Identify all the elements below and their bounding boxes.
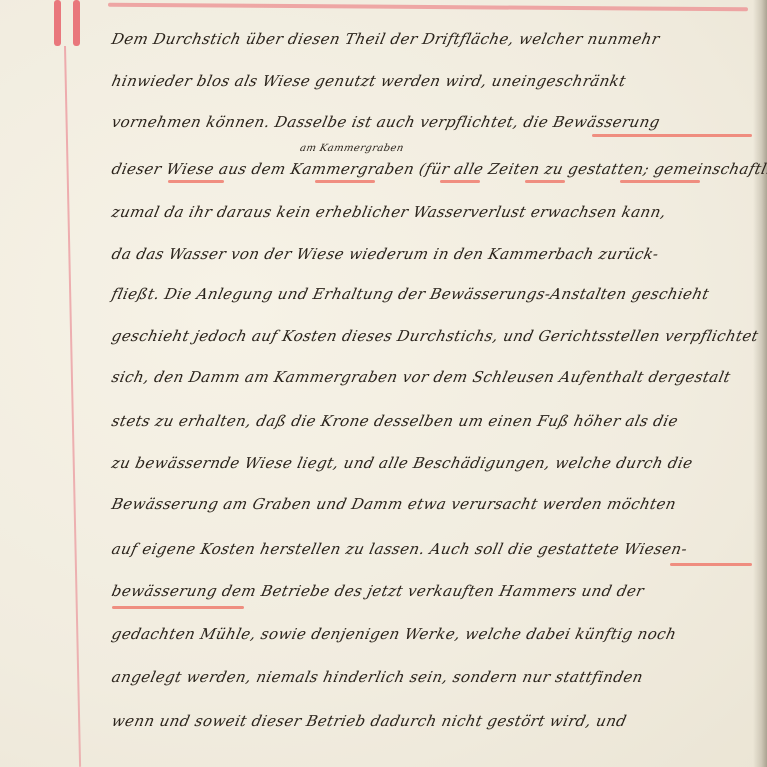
text-line-4: dieser Wiese aus dem Kammergraben (für a… xyxy=(110,160,767,178)
text-line-11: zu bewässernde Wiese liegt, und alle Bes… xyxy=(110,454,694,472)
red-margin-mark-left xyxy=(54,0,61,46)
red-underline xyxy=(168,180,224,183)
red-underline xyxy=(592,134,752,137)
text-line-15: gedachten Mühle, sowie denjenigen Werke,… xyxy=(110,625,678,643)
red-underline xyxy=(525,180,565,183)
red-underline xyxy=(620,180,700,183)
red-underline xyxy=(670,563,752,566)
text-line-6: da das Wasser von der Wiese wiederum in … xyxy=(110,245,660,263)
text-line-14: bewässerung dem Betriebe des jetzt verka… xyxy=(110,582,646,600)
red-underline xyxy=(112,606,244,609)
text-line-9: sich, den Damm am Kammergraben vor dem S… xyxy=(110,368,732,386)
text-line-8: geschieht jedoch auf Kosten dieses Durch… xyxy=(110,327,760,345)
text-line-7: fließt. Die Anlegung und Erhaltung der B… xyxy=(110,285,711,303)
text-line-12: Bewässerung am Graben und Damm etwa veru… xyxy=(110,495,678,513)
red-underline xyxy=(440,180,480,183)
page-binding-edge xyxy=(753,0,767,767)
text-insertion-above: am Kammergraben xyxy=(299,143,405,154)
text-line-1: Dem Durchstich über diesen Theil der Dri… xyxy=(110,30,661,48)
red-margin-mark-right xyxy=(73,0,80,46)
text-line-2: hinwieder blos als Wiese genutzt werden … xyxy=(110,72,628,90)
text-line-17: wenn und soweit dieser Betrieb dadurch n… xyxy=(110,712,628,730)
text-line-16: angelegt werden, niemals hinderlich sein… xyxy=(110,668,645,686)
red-underline xyxy=(315,180,375,183)
text-line-3: vornehmen können. Dasselbe ist auch verp… xyxy=(110,113,662,131)
text-line-13: auf eigene Kosten herstellen zu lassen. … xyxy=(110,540,689,558)
text-line-10: stets zu erhalten, daß die Krone desselb… xyxy=(110,412,680,430)
text-line-5: zumal da ihr daraus kein erheblicher Was… xyxy=(110,203,668,221)
